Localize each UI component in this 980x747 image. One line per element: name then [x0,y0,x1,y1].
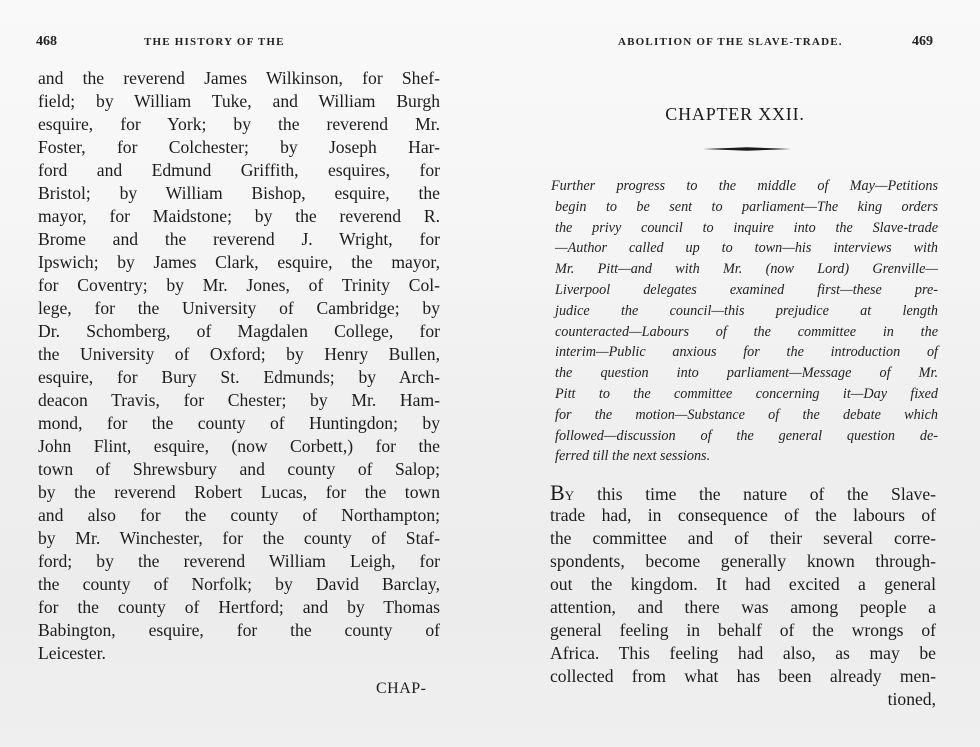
text-line: Brome and the reverend J. Wright, for [38,228,440,251]
text-line: out the kingdom. It had excited a genera… [550,573,936,596]
text-line: John Flint, esquire, (now Corbett,) for … [38,435,440,458]
summary-line: followed—discussion of the general quest… [555,426,938,447]
text-line: Foster, for Colchester; by Joseph Har- [38,136,440,159]
text-line: attention, and there was among people a [550,596,936,619]
drop-cap: B [550,480,565,505]
text-line: the University of Oxford; by Henry Bulle… [38,343,440,366]
summary-line: the privy council to inquire into the Sl… [555,218,938,239]
text-line: Bristol; by William Bishop, esquire, the [38,182,440,205]
text-line: and the reverend James Wilkinson, for Sh… [38,67,440,90]
chapter-summary: Further progress to the middle of May—Pe… [555,176,938,467]
right-page: ABOLITION OF THE SLAVE-TRADE. 469 CHAPTE… [490,0,980,747]
text-line: for the county of Hertford; and by Thoma… [38,596,440,619]
page-number: 469 [912,34,933,50]
catchword: CHAP- [376,680,427,698]
text-line: and also for the county of Northampton; [38,504,440,527]
page-number: 468 [36,34,57,50]
opening-line: BY this time the nature of the Slave- [550,481,936,504]
text-line: tioned, [550,688,936,711]
text-line: by Mr. Winchester, for the county of Sta… [38,527,440,550]
running-head: ABOLITION OF THE SLAVE-TRADE. [618,36,843,48]
text-line: spondents, become generally known throug… [550,550,936,573]
text-line: by the reverend Robert Lucas, for the to… [38,481,440,504]
text-line: deacon Travis, for Chester; by Mr. Ham- [38,389,440,412]
text-line: Dr. Schomberg, of Magdalen College, for [38,320,440,343]
opening-line-text: this time the nature of the Slave- [575,484,936,504]
text-line: lege, for the University of Cambridge; b… [38,297,440,320]
summary-line: Mr. Pitt—and with Mr. (now Lord) Grenvil… [555,259,938,280]
text-line: Leicester. [38,642,440,665]
text-line: the county of Norfolk; by David Barclay, [38,573,440,596]
chapter-rule-ornament [703,147,791,151]
running-head: THE HISTORY OF THE [144,36,285,48]
text-line: Babington, esquire, for the county of [38,619,440,642]
text-line: ford and Edmund Griffith, esquires, for [38,159,440,182]
summary-line: the question into parliament—Message of … [555,363,938,384]
text-line: esquire, for Bury St. Edmunds; by Arch- [38,366,440,389]
body-text: BY this time the nature of the Slave- tr… [550,481,936,711]
text-line: general feeling in behalf of the wrongs … [550,619,936,642]
text-line: trade had, in consequence of the labours… [550,504,936,527]
summary-line: for the motion—Substance of the debate w… [555,405,938,426]
summary-line: counteracted—Labours of the committee in… [555,322,938,343]
summary-line: Further progress to the middle of May—Pe… [551,176,938,197]
text-line: field; by William Tuke, and William Burg… [38,90,440,113]
body-text: and the reverend James Wilkinson, for Sh… [38,67,440,665]
summary-line: interim—Public anxious for the introduct… [555,342,938,363]
text-line: for Coventry; by Mr. Jones, of Trinity C… [38,274,440,297]
text-line: Africa. This feeling had also, as may be [550,642,936,665]
text-line: the committee and of their several corre… [550,527,936,550]
summary-line: judice the council—this prejudice at len… [555,301,938,322]
summary-line: begin to be sent to parliament—The king … [555,197,938,218]
chapter-title: CHAPTER XXII. [490,104,980,125]
summary-line: ferred till the next sessions. [555,446,938,467]
summary-line: —Author called up to town—his interviews… [555,238,938,259]
text-line: mayor, for Maidstone; by the reverend R. [38,205,440,228]
text-line: mond, for the county of Huntingdon; by [38,412,440,435]
text-line: esquire, for York; by the reverend Mr. [38,113,440,136]
text-line: Ipswich; by James Clark, esquire, the ma… [38,251,440,274]
text-line: collected from what has been already men… [550,665,936,688]
text-line: town of Shrewsbury and county of Salop; [38,458,440,481]
text-line: ford; by the reverend William Leigh, for [38,550,440,573]
small-cap: Y [565,488,575,503]
summary-line: Liverpool delegates examined first—these… [555,280,938,301]
summary-line: Pitt to the committee concerning it—Day … [555,384,938,405]
left-page: 468 THE HISTORY OF THE and the reverend … [0,0,490,747]
